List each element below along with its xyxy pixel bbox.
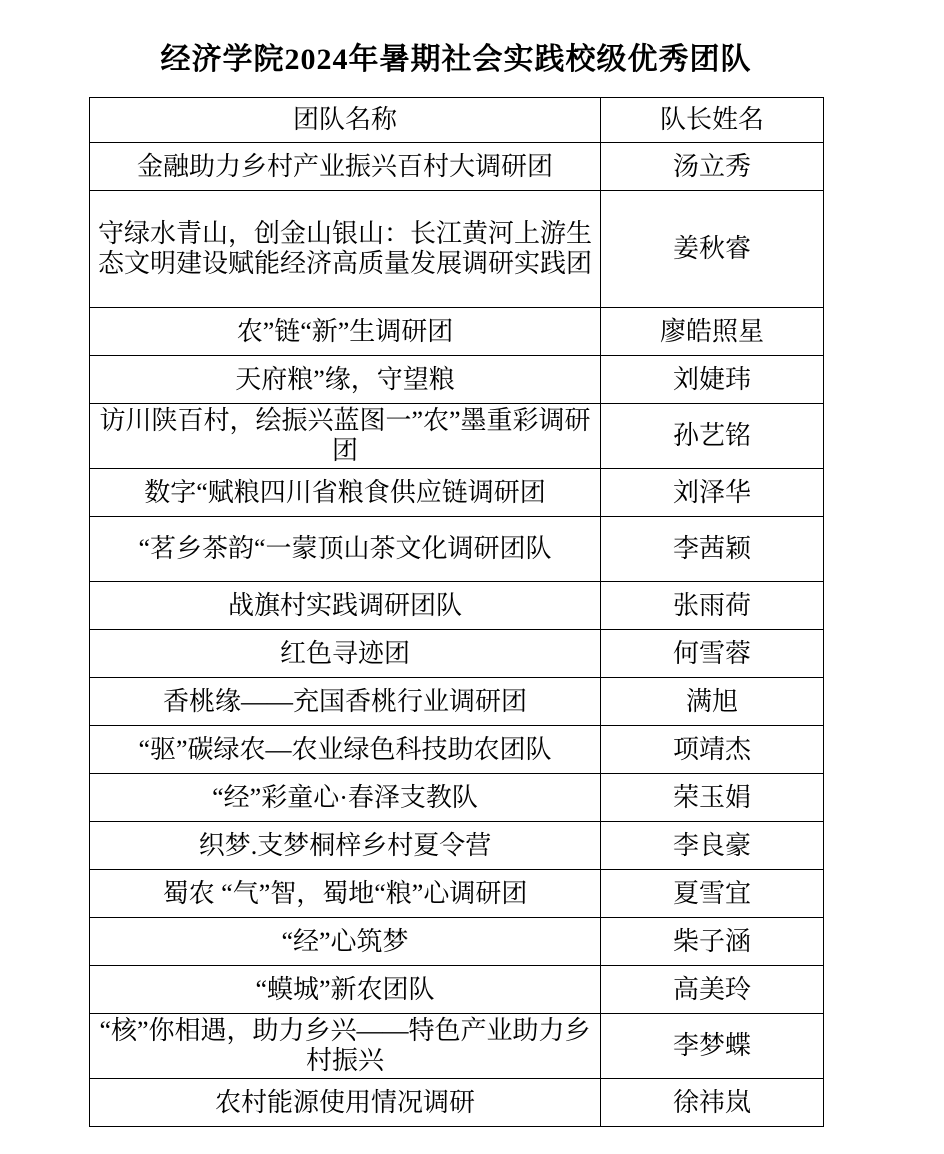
table-row: 蜀农 “气”智，蜀地“粮”心调研团 夏雪宜 — [90, 870, 824, 918]
leader-name-cell: 夏雪宜 — [601, 870, 824, 918]
team-name-cell: “驱”碳绿农—农业绿色科技助农团队 — [90, 726, 601, 774]
team-name-cell: 香桃缘——充国香桃行业调研团 — [90, 678, 601, 726]
team-name-cell: 战旗村实践调研团队 — [90, 582, 601, 630]
leader-name-cell: 何雪蓉 — [601, 630, 824, 678]
team-name-cell: 数字“赋粮四川省粮食供应链调研团 — [90, 469, 601, 517]
team-name-cell: 访川陕百村，绘振兴蓝图一”农”墨重彩调研团 — [90, 404, 601, 469]
header-row: 团队名称 队长姓名 — [90, 98, 824, 143]
team-name-cell: “经”彩童心·春泽支教队 — [90, 774, 601, 822]
team-name-cell: “茗乡茶韵“一蒙顶山茶文化调研团队 — [90, 517, 601, 582]
table-row: 数字“赋粮四川省粮食供应链调研团 刘泽华 — [90, 469, 824, 517]
leader-name-cell: 孙艺铭 — [601, 404, 824, 469]
table-row: 农”链“新”生调研团 廖皓照星 — [90, 308, 824, 356]
team-name-cell: “经”心筑梦 — [90, 918, 601, 966]
team-name-cell: “核”你相遇，助力乡兴——特色产业助力乡村振兴 — [90, 1014, 601, 1079]
team-name-cell: 织梦.支梦桐梓乡村夏令营 — [90, 822, 601, 870]
team-name-cell: 蜀农 “气”智，蜀地“粮”心调研团 — [90, 870, 601, 918]
leader-name-cell: 刘婕玮 — [601, 356, 824, 404]
team-name-cell: 金融助力乡村产业振兴百村大调研团 — [90, 143, 601, 191]
leader-name-cell: 李梦蝶 — [601, 1014, 824, 1079]
table-row: 织梦.支梦桐梓乡村夏令营 李良豪 — [90, 822, 824, 870]
leader-name-cell: 徐祎岚 — [601, 1079, 824, 1127]
table-body: 金融助力乡村产业振兴百村大调研团 汤立秀 守绿水青山，创金山银山：长江黄河上游生… — [90, 143, 824, 1127]
leader-name-cell: 张雨荷 — [601, 582, 824, 630]
leader-name-cell: 姜秋睿 — [601, 191, 824, 308]
leader-name-cell: 项靖杰 — [601, 726, 824, 774]
leader-name-cell: 刘泽华 — [601, 469, 824, 517]
table-row: 天府粮”缘，守望粮 刘婕玮 — [90, 356, 824, 404]
leader-name-cell: 柴子涵 — [601, 918, 824, 966]
table-header: 团队名称 队长姓名 — [90, 98, 824, 143]
leader-name-cell: 李茜颖 — [601, 517, 824, 582]
table-row: “经”心筑梦 柴子涵 — [90, 918, 824, 966]
table-row: 红色寻迹团 何雪蓉 — [90, 630, 824, 678]
leader-name-cell: 高美玲 — [601, 966, 824, 1014]
table-row: 香桃缘——充国香桃行业调研团 满旭 — [90, 678, 824, 726]
table-row: 战旗村实践调研团队 张雨荷 — [90, 582, 824, 630]
table-row: 守绿水青山，创金山银山：长江黄河上游生态文明建设赋能经济高质量发展调研实践团 姜… — [90, 191, 824, 308]
table-row: “驱”碳绿农—农业绿色科技助农团队 项靖杰 — [90, 726, 824, 774]
column-header-leader-name: 队长姓名 — [601, 98, 824, 143]
team-name-cell: 红色寻迹团 — [90, 630, 601, 678]
leader-name-cell: 廖皓照星 — [601, 308, 824, 356]
table-row: “核”你相遇，助力乡兴——特色产业助力乡村振兴 李梦蝶 — [90, 1014, 824, 1079]
table-row: “茗乡茶韵“一蒙顶山茶文化调研团队 李茜颖 — [90, 517, 824, 582]
leader-name-cell: 荣玉娟 — [601, 774, 824, 822]
leader-name-cell: 汤立秀 — [601, 143, 824, 191]
team-name-cell: “蟆城”新农团队 — [90, 966, 601, 1014]
team-name-cell: 天府粮”缘，守望粮 — [90, 356, 601, 404]
document-title: 经济学院2024年暑期社会实践校级优秀团队 — [89, 34, 823, 78]
leader-name-cell: 李良豪 — [601, 822, 824, 870]
teams-table: 团队名称 队长姓名 金融助力乡村产业振兴百村大调研团 汤立秀 守绿水青山，创金山… — [89, 97, 824, 1127]
column-header-team-name: 团队名称 — [90, 98, 601, 143]
table-row: 访川陕百村，绘振兴蓝图一”农”墨重彩调研团 孙艺铭 — [90, 404, 824, 469]
table-row: 农村能源使用情况调研 徐祎岚 — [90, 1079, 824, 1127]
document-page: 经济学院2024年暑期社会实践校级优秀团队 团队名称 队长姓名 金融助力乡村产业… — [0, 0, 944, 1154]
team-name-cell: 农”链“新”生调研团 — [90, 308, 601, 356]
table-row: “蟆城”新农团队 高美玲 — [90, 966, 824, 1014]
team-name-cell: 农村能源使用情况调研 — [90, 1079, 601, 1127]
table-row: “经”彩童心·春泽支教队 荣玉娟 — [90, 774, 824, 822]
leader-name-cell: 满旭 — [601, 678, 824, 726]
team-name-cell: 守绿水青山，创金山银山：长江黄河上游生态文明建设赋能经济高质量发展调研实践团 — [90, 191, 601, 308]
table-row: 金融助力乡村产业振兴百村大调研团 汤立秀 — [90, 143, 824, 191]
